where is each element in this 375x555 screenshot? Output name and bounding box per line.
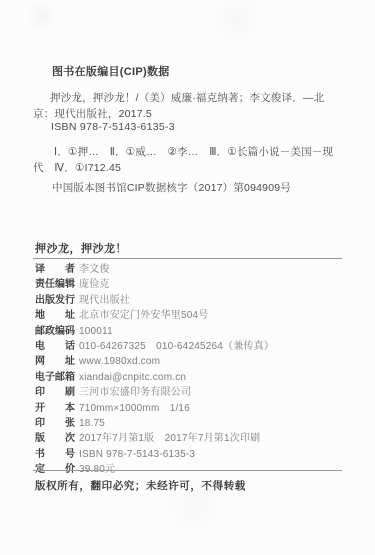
colophon-label: 开本: [35, 401, 75, 416]
cip-classification-line2: 代 Ⅳ．①I712.45: [33, 160, 121, 175]
cip-copyright-page: 图书在版编目(CIP)数据 押沙龙，押沙龙！/（美）威廉·福克纳著；李文俊译．—…: [0, 0, 375, 555]
colophon-row-format: 开本710mm×1000mm 1/16: [35, 401, 342, 416]
colophon-label: 地址: [35, 308, 75, 323]
colophon-value: 三河市宏盛印务有限公司: [79, 385, 191, 400]
colophon-label: 印张: [35, 416, 75, 431]
colophon-label: 书号: [35, 447, 75, 462]
colophon-label: 译者: [35, 262, 75, 277]
colophon-value: ISBN 978-7-5143-6135-3: [79, 447, 195, 462]
colophon-value: 李文俊: [79, 262, 110, 277]
colophon-row-phone: 电话010-64267325 010-64245264（兼传真）: [35, 339, 342, 354]
colophon-label: 印刷: [35, 385, 75, 400]
colophon-value: 北京市安定门外安华里504号: [79, 308, 208, 323]
colophon-row-postcode: 邮政编码100011: [35, 324, 342, 339]
cip-heading: 图书在版编目(CIP)数据: [52, 63, 170, 79]
cip-classification-line1: Ⅰ．①押… Ⅱ．①威… ②李… Ⅲ．①长篇小说－美国－现: [54, 144, 333, 159]
colophon-label: 电话: [35, 339, 75, 354]
cip-number-line: 中国版本图书馆CIP数据核字（2017）第094909号: [52, 180, 291, 195]
colophon-row-email: 电子邮箱xiandai@cnpitc.com.cn: [35, 370, 342, 385]
colophon-row-website: 网址www.1980xd.com: [35, 354, 342, 369]
colophon-label: 责任编辑: [35, 277, 75, 292]
colophon-row-publisher: 出版发行现代出版社: [35, 293, 342, 308]
colophon-value: www.1980xd.com: [79, 354, 160, 369]
colophon-label: 邮政编码: [35, 324, 75, 339]
book-title: 押沙龙，押沙龙！: [35, 240, 127, 256]
colophon-row-edition: 版次2017年7月第1版 2017年7月第1次印刷: [35, 431, 342, 446]
colophon-value: 2017年7月第1版 2017年7月第1次印刷: [79, 431, 260, 446]
colophon-label: 电子邮箱: [35, 370, 75, 385]
colophon-label: 出版发行: [35, 293, 75, 308]
cip-isbn-line: ISBN 978-7-5143-6135-3: [51, 121, 175, 133]
colophon-label: 网址: [35, 354, 75, 369]
colophon-table: 译者李文俊 责任编辑庞俭克 出版发行现代出版社 地址北京市安定门外安华里504号…: [35, 262, 342, 477]
colophon-row-editor: 责任编辑庞俭克: [35, 277, 342, 292]
colophon-row-sheets: 印张18.75: [35, 416, 342, 431]
cip-record-line2: 京：现代出版社，2017.5: [33, 106, 152, 121]
colophon-value: xiandai@cnpitc.com.cn: [79, 370, 186, 385]
colophon-value: 庞俭克: [79, 277, 110, 292]
colophon-value: 710mm×1000mm 1/16: [79, 401, 190, 416]
colophon-value: 100011: [79, 324, 113, 339]
divider-bottom: [33, 470, 342, 471]
colophon-row-address: 地址北京市安定门外安华里504号: [35, 308, 342, 323]
colophon-value: 010-64267325 010-64245264（兼传真）: [79, 339, 274, 354]
colophon-row-isbn: 书号ISBN 978-7-5143-6135-3: [35, 447, 342, 462]
copyright-notice: 版权所有，翻印必究；未经许可，不得转载: [35, 478, 246, 493]
colophon-value: 现代出版社: [79, 293, 130, 308]
divider-top: [33, 258, 342, 259]
colophon-value: 18.75: [79, 416, 105, 431]
colophon-row-printer: 印刷三河市宏盛印务有限公司: [35, 385, 342, 400]
cip-record-line1: 押沙龙，押沙龙！/（美）威廉·福克纳著；李文俊译．—北: [50, 90, 324, 105]
colophon-label: 版次: [35, 431, 75, 446]
colophon-row-translator: 译者李文俊: [35, 262, 342, 277]
